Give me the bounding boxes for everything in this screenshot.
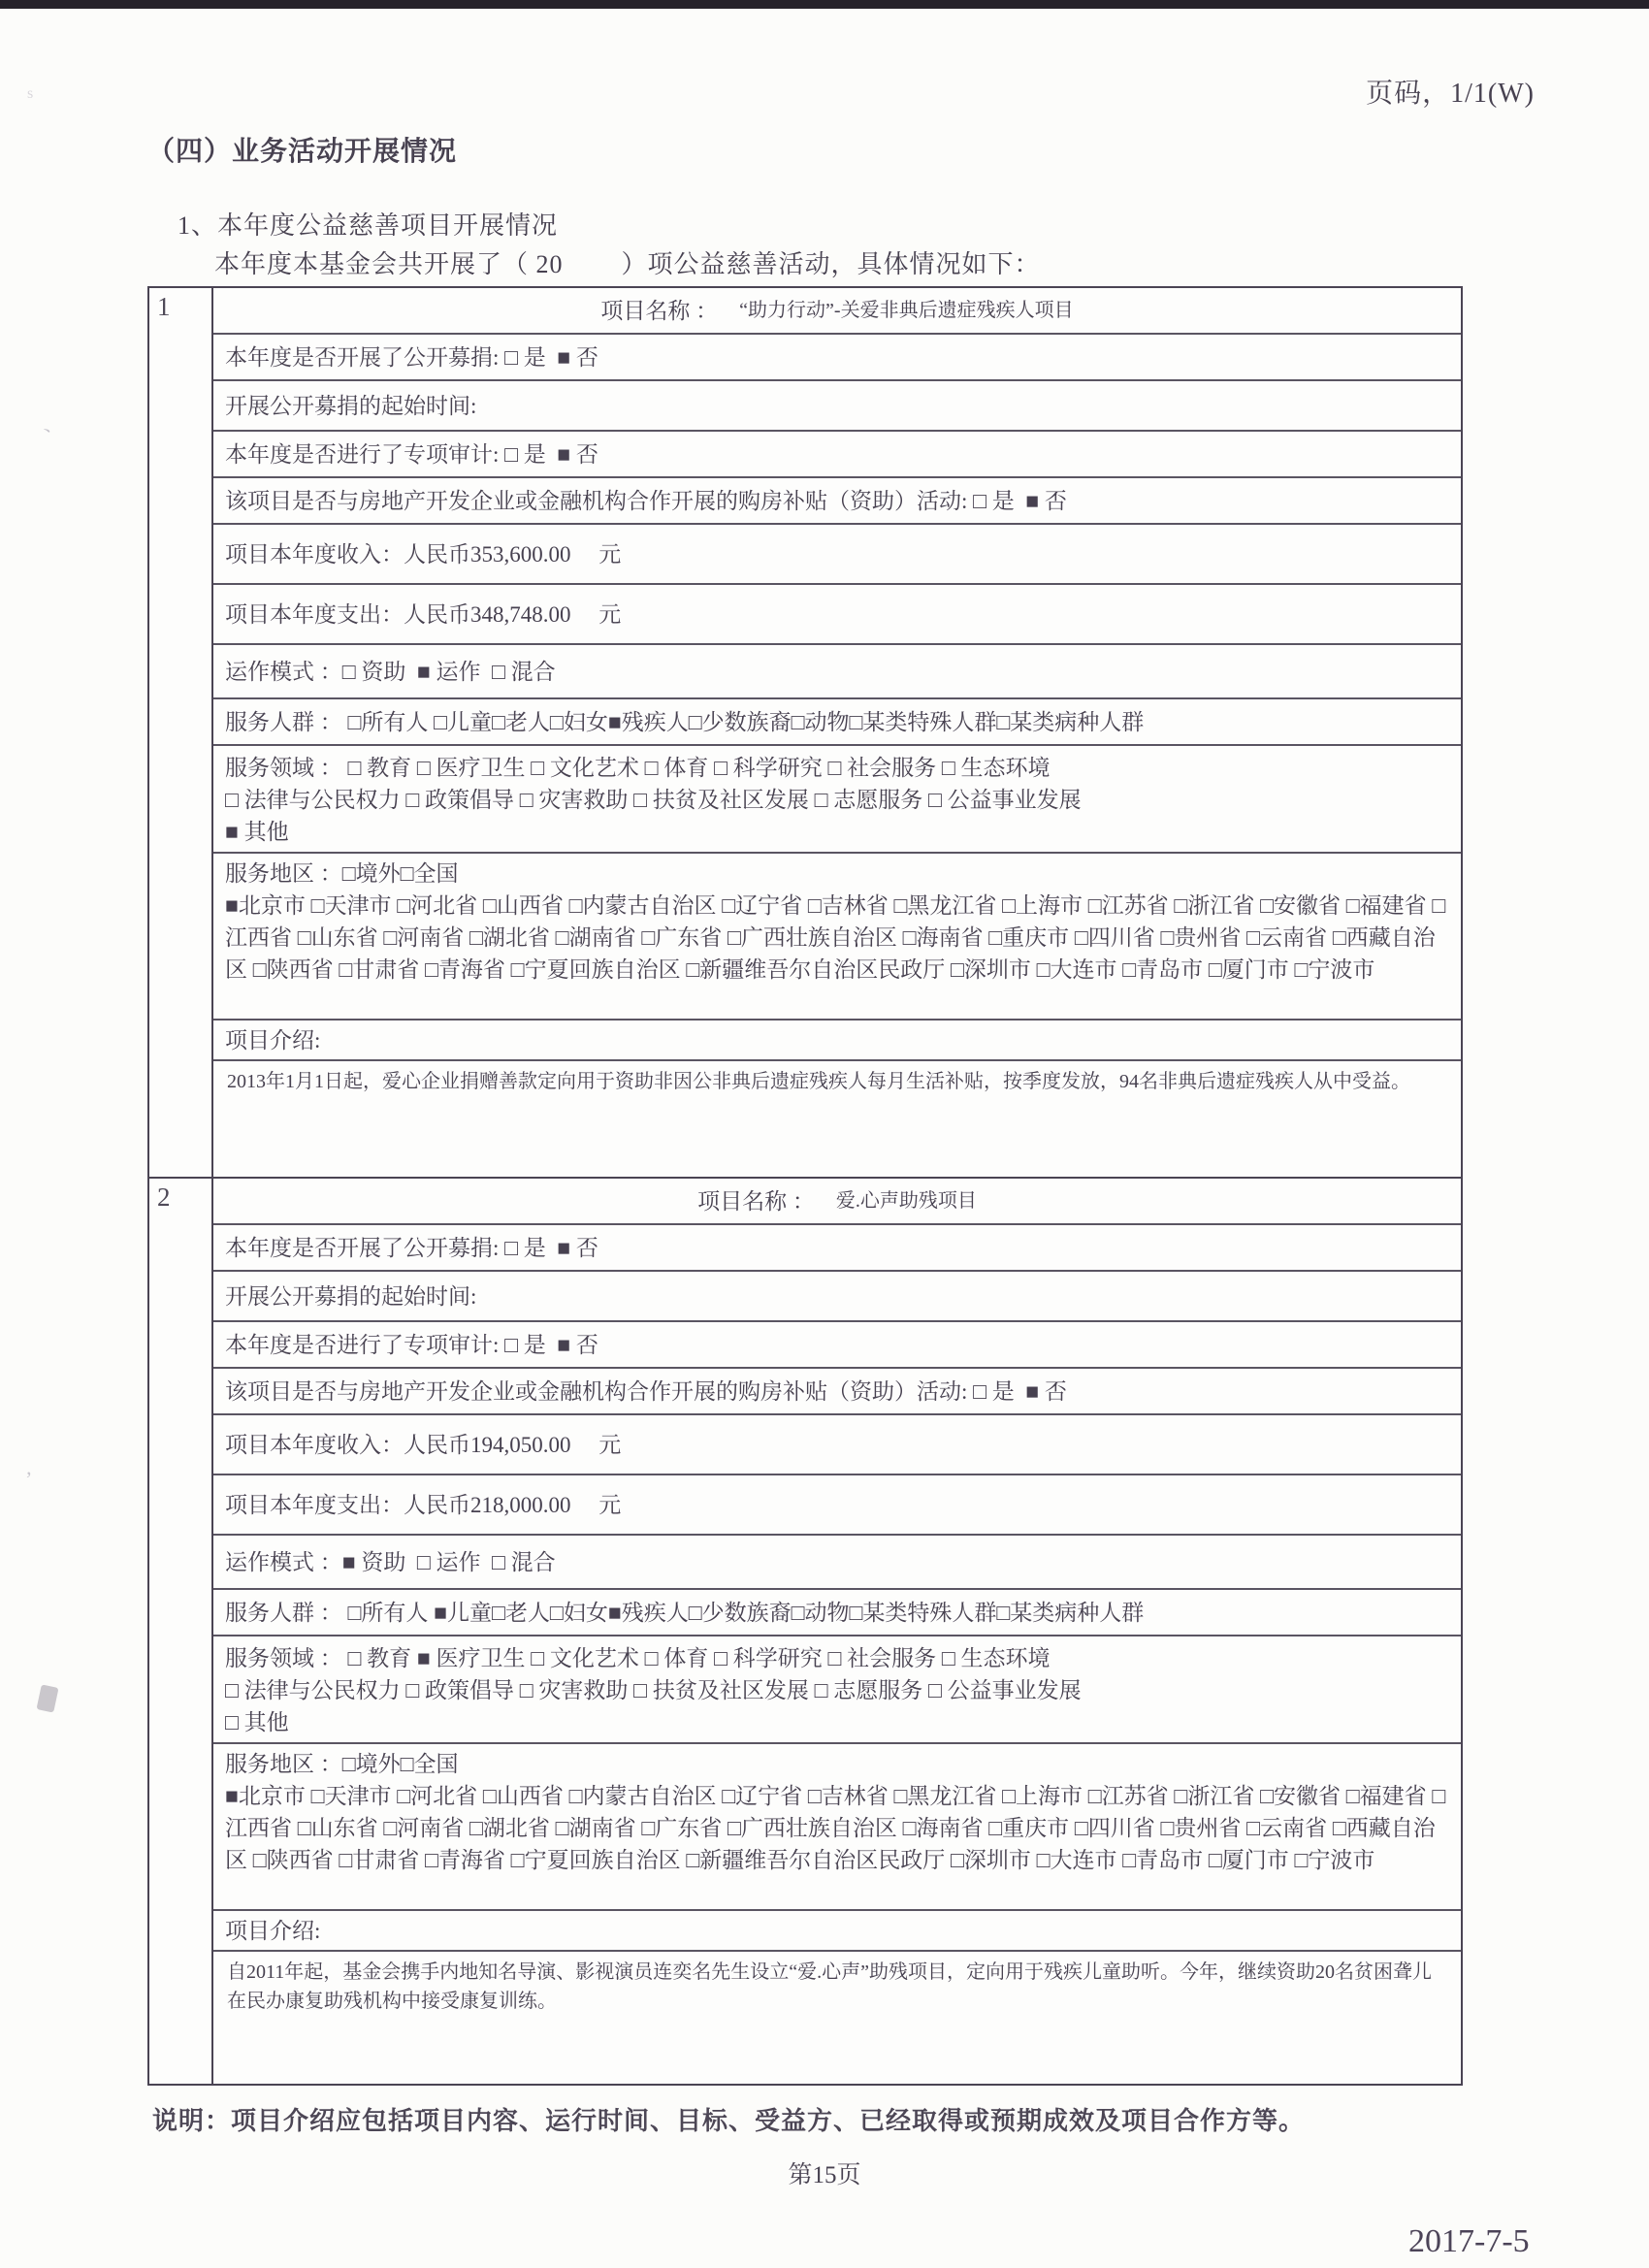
- table-row: 项目本年度收入：人民币194,050.00 元: [213, 1415, 1461, 1475]
- row-text: 本年度是否进行了专项审计: □ 是 ■ 否: [225, 1329, 1449, 1361]
- project-name-row: 项目名称 ：“助力行动”-关爱非典后遗症残疾人项目: [213, 288, 1461, 335]
- row-text: 运作模式 ：■ 资助 □ 运作 □ 混合: [225, 1546, 1449, 1578]
- table-row: 服务人群 ： □所有人 □儿童□老人□妇女■残疾人□少数族裔□动物□某类特殊人群…: [213, 699, 1461, 746]
- table-row: 本年度是否进行了专项审计: □ 是 ■ 否: [213, 1322, 1461, 1369]
- project-rows: 项目名称 ：爱.心声助残项目本年度是否开展了公开募捐: □ 是 ■ 否开展公开募…: [213, 1179, 1461, 2084]
- table-row: 项目介绍:: [213, 1911, 1461, 1952]
- row-text: 服务地区 ：□境外□全国: [225, 1748, 1449, 1780]
- row-text: 服务人群 ： □所有人 □儿童□老人□妇女■残疾人□少数族裔□动物□某类特殊人群…: [225, 706, 1449, 738]
- row-text: 服务领域 ： □ 教育 □ 医疗卫生 □ 文化艺术 □ 体育 □ 科学研究 □ …: [225, 752, 1449, 784]
- section-title: （四）业务活动开展情况: [147, 130, 457, 169]
- row-text: 本年度是否开展了公开募捐: □ 是 ■ 否: [225, 1232, 1449, 1264]
- project-intro-text: 2013年1月1日起，爱心企业捐赠善款定向用于资助非因公非典后遗症残疾人每月生活…: [213, 1061, 1461, 1177]
- note-line: 说明：项目介绍应包括项目内容、运行时间、目标、受益方、已经取得或预期成效及项目合…: [152, 2101, 1305, 2137]
- row-text: 服务领域 ： □ 教育 ■ 医疗卫生 □ 文化艺术 □ 体育 □ 科学研究 □ …: [225, 1642, 1449, 1674]
- row-text: □ 法律与公民权力 □ 政策倡导 □ 灾害救助 □ 扶贫及社区发展 □ 志愿服务…: [225, 1674, 1449, 1706]
- project-section: 1项目名称 ：“助力行动”-关爱非典后遗症残疾人项目本年度是否开展了公开募捐: …: [149, 288, 1461, 1177]
- row-text: 项目本年度支出：人民币348,748.00 元: [225, 599, 1449, 631]
- table-row: 服务人群 ： □所有人 ■儿童□老人□妇女■残疾人□少数族裔□动物□某类特殊人群…: [213, 1590, 1461, 1636]
- table-row: 项目本年度支出：人民币348,748.00 元: [213, 585, 1461, 645]
- table-row: 运作模式 ：■ 资助 □ 运作 □ 混合: [213, 1536, 1461, 1590]
- row-text: □ 其他: [225, 1706, 1449, 1738]
- table-row: 本年度是否开展了公开募捐: □ 是 ■ 否: [213, 335, 1461, 381]
- table-row: 服务地区 ：□境外□全国■北京市 □天津市 □河北省 □山西省 □内蒙古自治区 …: [213, 854, 1461, 1021]
- project-section: 2项目名称 ：爱.心声助残项目本年度是否开展了公开募捐: □ 是 ■ 否开展公开…: [149, 1177, 1461, 2084]
- table-row: 服务地区 ：□境外□全国■北京市 □天津市 □河北省 □山西省 □内蒙古自治区 …: [213, 1744, 1461, 1911]
- table-row: 该项目是否与房地产开发企业或金融机构合作开展的购房补贴（资助）活动: □ 是 ■…: [213, 1369, 1461, 1415]
- row-text: 该项目是否与房地产开发企业或金融机构合作开展的购房补贴（资助）活动: □ 是 ■…: [225, 1376, 1449, 1408]
- project-intro-text: 自2011年起，基金会携手内地知名导演、影视演员连奕名先生设立“爱.心声”助残项…: [213, 1952, 1461, 2084]
- project-rows: 项目名称 ：“助力行动”-关爱非典后遗症残疾人项目本年度是否开展了公开募捐: □…: [213, 288, 1461, 1177]
- scan-edge-bar: [0, 0, 1649, 9]
- scan-artifact: 、: [37, 405, 65, 437]
- row-text: 本年度是否进行了专项审计: □ 是 ■ 否: [225, 438, 1449, 470]
- table-row: 本年度是否进行了专项审计: □ 是 ■ 否: [213, 432, 1461, 478]
- row-text: 开展公开募捐的起始时间:: [225, 390, 1449, 422]
- row-text: 项目本年度支出：人民币218,000.00 元: [225, 1489, 1449, 1521]
- scan-artifact: s: [27, 85, 33, 103]
- scan-artifact: [36, 1684, 58, 1712]
- scan-artifact: ’: [25, 1467, 32, 1492]
- project-name-row: 项目名称 ：爱.心声助残项目: [213, 1179, 1461, 1225]
- table-row: 开展公开募捐的起始时间:: [213, 1272, 1461, 1322]
- row-text: 项目介绍:: [225, 1915, 1449, 1947]
- table-row: 项目本年度支出：人民币218,000.00 元: [213, 1475, 1461, 1536]
- table-row: 该项目是否与房地产开发企业或金融机构合作开展的购房补贴（资助）活动: □ 是 ■…: [213, 478, 1461, 525]
- project-count-line: 本年度本基金会共开展了（ 20 ）项公益慈善活动，具体情况如下：: [214, 244, 1041, 280]
- table-row: 服务领域 ： □ 教育 □ 医疗卫生 □ 文化艺术 □ 体育 □ 科学研究 □ …: [213, 746, 1461, 854]
- row-text: 项目本年度收入：人民币194,050.00 元: [225, 1429, 1449, 1461]
- row-text: 服务地区 ：□境外□全国: [225, 858, 1449, 890]
- row-text: 运作模式 ：□ 资助 ■ 运作 □ 混合: [225, 656, 1449, 688]
- row-text: 服务人群 ： □所有人 ■儿童□老人□妇女■残疾人□少数族裔□动物□某类特殊人群…: [225, 1597, 1449, 1629]
- row-text: ■北京市 □天津市 □河北省 □山西省 □内蒙古自治区 □辽宁省 □吉林省 □黑…: [225, 890, 1449, 986]
- subsection-heading: 1、本年度公益慈善项目开展情况: [178, 206, 558, 242]
- table-row: 开展公开募捐的起始时间:: [213, 381, 1461, 432]
- projects-table: 1项目名称 ：“助力行动”-关爱非典后遗症残疾人项目本年度是否开展了公开募捐: …: [147, 286, 1463, 2086]
- project-name-label: 项目名称 ：: [697, 1185, 815, 1217]
- row-text: 开展公开募捐的起始时间:: [225, 1280, 1449, 1312]
- table-row: 运作模式 ：□ 资助 ■ 运作 □ 混合: [213, 645, 1461, 699]
- table-row: 本年度是否开展了公开募捐: □ 是 ■ 否: [213, 1225, 1461, 1272]
- project-name: 爱.心声助残项目: [836, 1185, 977, 1217]
- date-stamp: 2017-7-5: [1408, 2223, 1530, 2260]
- page-code: 页码，1/1(W): [1366, 72, 1535, 111]
- row-text: □ 法律与公民权力 □ 政策倡导 □ 灾害救助 □ 扶贫及社区发展 □ 志愿服务…: [225, 784, 1449, 816]
- row-text: ■北京市 □天津市 □河北省 □山西省 □内蒙古自治区 □辽宁省 □吉林省 □黑…: [225, 1780, 1449, 1876]
- project-name: “助力行动”-关爱非典后遗症残疾人项目: [739, 295, 1073, 327]
- page-number: 第15页: [0, 2155, 1649, 2190]
- project-name-label: 项目名称 ：: [600, 295, 718, 327]
- table-row: 项目本年度收入：人民币353,600.00 元: [213, 525, 1461, 585]
- row-text: 该项目是否与房地产开发企业或金融机构合作开展的购房补贴（资助）活动: □ 是 ■…: [225, 485, 1449, 517]
- table-row: 项目介绍:: [213, 1021, 1461, 1061]
- row-text: 项目介绍:: [225, 1024, 1449, 1056]
- row-text: 本年度是否开展了公开募捐: □ 是 ■ 否: [225, 341, 1449, 373]
- project-number: 2: [149, 1179, 213, 2084]
- table-row: 服务领域 ： □ 教育 ■ 医疗卫生 □ 文化艺术 □ 体育 □ 科学研究 □ …: [213, 1636, 1461, 1744]
- row-text: ■ 其他: [225, 816, 1449, 848]
- row-text: 项目本年度收入：人民币353,600.00 元: [225, 538, 1449, 570]
- project-number: 1: [149, 288, 213, 1177]
